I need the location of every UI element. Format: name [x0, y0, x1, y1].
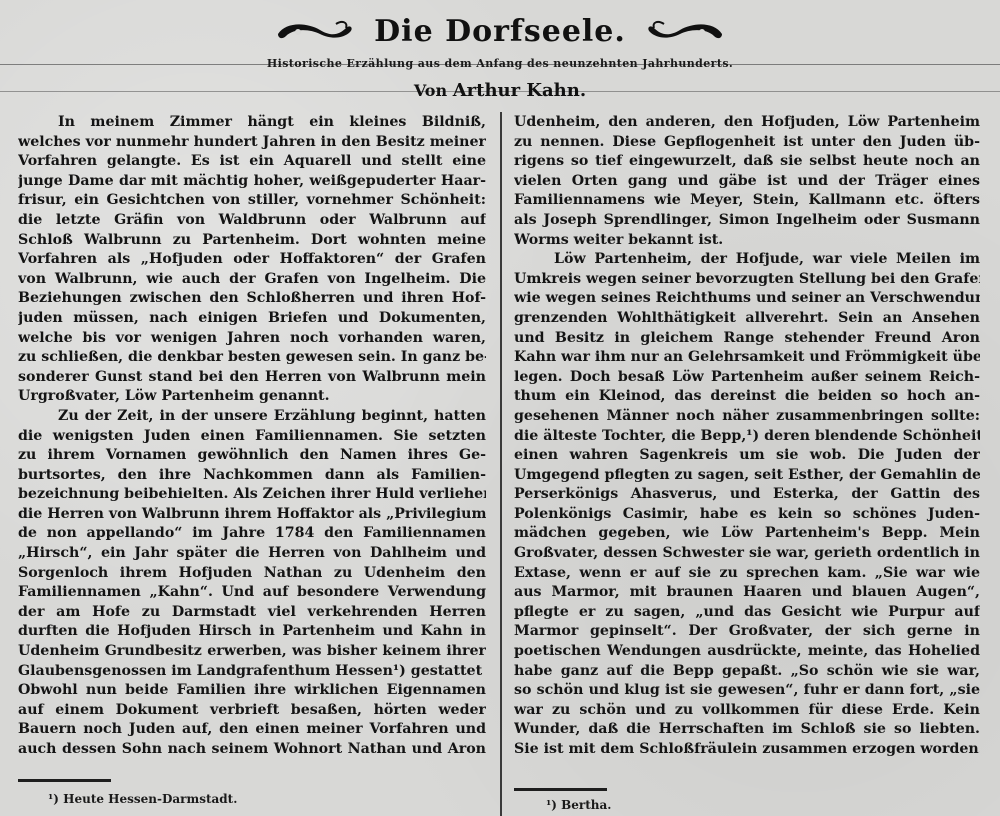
footnote-text: Heute Hessen-Darmstadt.	[63, 792, 237, 806]
footnote-marker: ¹)	[48, 792, 59, 806]
column-divider	[500, 112, 502, 816]
newspaper-page: Die Dorfseele. Historische Erzählung aus…	[0, 0, 1000, 816]
left-column: In meinem Zimmer hängt ein kleines Bildn…	[18, 113, 486, 760]
text-line: auf einem Dokument verbrieft besaßen, hö…	[18, 701, 486, 721]
author-name: Arthur Kahn.	[453, 80, 586, 101]
text-line: die Herren von Walbrunn ihrem Hoffaktor …	[18, 505, 486, 525]
byline-prefix: Von	[414, 81, 447, 100]
text-line: burtsortes, den ihre Nachkommen dann als…	[18, 466, 486, 486]
text-line: habe ganz auf die Bepp gepaßt. „So schön…	[514, 662, 980, 682]
text-line: rigens so tief eingewurzelt, daß sie sel…	[514, 152, 980, 172]
text-line: Urgroßvater, Löw Partenheim genannt.	[18, 387, 486, 407]
ornament-left-icon	[276, 20, 356, 42]
text-line: gesehenen Männer noch näher zusammenbrin…	[514, 407, 980, 427]
text-line: Umgegend pflegten zu sagen, seit Esther,…	[514, 466, 980, 486]
footnote-rule-right	[514, 788, 607, 791]
text-line: Wunder, daß die Herrschaften im Schloß s…	[514, 720, 980, 740]
text-line: pflegte er zu sagen, „und das Gesicht wi…	[514, 603, 980, 623]
text-line: thum ein Kleinod, das dereinst die beide…	[514, 387, 980, 407]
text-line: zu ihrem Vornamen gewöhnlich den Namen i…	[18, 446, 486, 466]
article-subtitle: Historische Erzählung aus dem Anfang des…	[0, 57, 1000, 70]
text-line: de non appellando“ im Jahre 1784 den Fam…	[18, 524, 486, 544]
text-line: Glaubensgenossen im Landgrafenthum Hesse…	[18, 662, 486, 682]
text-line: Vorfahren gelangte. Es ist ein Aquarell …	[18, 152, 486, 172]
text-line: juden müssen, nach einigen Briefen und D…	[18, 309, 486, 329]
text-line: die wenigsten Juden einen Familiennamen.…	[18, 427, 486, 447]
byline: Von Arthur Kahn.	[0, 80, 1000, 101]
footnote-marker: ¹)	[546, 798, 557, 812]
text-line: und Besitz in gleichem Range stehender F…	[514, 329, 980, 349]
text-line: Zu der Zeit, in der unsere Erzählung beg…	[18, 407, 486, 427]
text-line: Obwohl nun beide Familien ihre wirkliche…	[18, 681, 486, 701]
masthead: Die Dorfseele.	[0, 10, 1000, 52]
text-line: grenzenden Wohlthätigkeit allverehrt. Se…	[514, 309, 980, 329]
footnote-rule-left	[18, 779, 111, 782]
right-column: Udenheim, den anderen, den Hofjuden, Löw…	[514, 113, 980, 760]
article-title: Die Dorfseele.	[374, 14, 626, 49]
text-line: war zu schön und zu vollkommen für diese…	[514, 701, 980, 721]
text-line: aus Marmor, mit braunen Haaren und blaue…	[514, 583, 980, 603]
text-line: Löw Partenheim, der Hofjude, war viele M…	[514, 250, 980, 270]
text-line: In meinem Zimmer hängt ein kleines Bildn…	[18, 113, 486, 133]
text-line: Großvater, dessen Schwester sie war, ger…	[514, 544, 980, 564]
text-line: Schloß Walbrunn zu Partenheim. Dort wohn…	[18, 231, 486, 251]
text-line: der am Hofe zu Darmstadt viel verkehrend…	[18, 603, 486, 623]
text-line: Familiennamen „Kahn“. Und auf besondere …	[18, 583, 486, 603]
text-line: Sorgenloch ihrem Hofjuden Nathan zu Uden…	[18, 564, 486, 584]
text-line: sonderer Gunst stand bei den Herren von …	[18, 368, 486, 388]
text-line: auch dessen Sohn nach seinem Wohnort Nat…	[18, 740, 486, 760]
text-line: welches vor nunmehr hundert Jahren in de…	[18, 133, 486, 153]
text-line: mädchen gegeben, wie Löw Partenheim's Be…	[514, 524, 980, 544]
text-line: Bauern noch Juden auf, den einen meiner …	[18, 720, 486, 740]
text-line: die letzte Gräfin von Waldbrunn oder Wal…	[18, 211, 486, 231]
text-line: Sie ist mit dem Schloßfräulein zusammen …	[514, 740, 980, 760]
text-line: poetischen Wendungen ausdrückte, meinte,…	[514, 642, 980, 662]
text-line: junge Dame dar mit mächtig hoher, weißge…	[18, 172, 486, 192]
text-line: die älteste Tochter, die Bepp,¹) deren b…	[514, 427, 980, 447]
text-line: legen. Doch besaß Löw Partenheim außer s…	[514, 368, 980, 388]
text-line: Beziehungen zwischen den Schloßherren un…	[18, 289, 486, 309]
text-line: Kahn war ihm nur an Gelehrsamkeit und Fr…	[514, 348, 980, 368]
text-line: einen wahren Sagenkreis um sie wob. Die …	[514, 446, 980, 466]
text-line: Umkreis wegen seiner bevorzugten Stellun…	[514, 270, 980, 290]
text-line: so schön und klug ist sie gewesen“, fuhr…	[514, 681, 980, 701]
text-line: zu schließen, die denkbar besten gewesen…	[18, 348, 486, 368]
text-line: frisur, ein Gesichtchen von stiller, vor…	[18, 191, 486, 211]
text-line: Polenkönigs Casimir, habe es kein so sch…	[514, 505, 980, 525]
text-line: Perserkönigs Ahasverus, und Esterka, der…	[514, 485, 980, 505]
footnote-text: Bertha.	[561, 798, 611, 812]
footnote-right: ¹) Bertha.	[546, 798, 611, 812]
ornament-right-icon	[644, 20, 724, 42]
text-line: welche bis vor wenigen Jahren noch vorha…	[18, 329, 486, 349]
text-line: von Walbrunn, wie auch der Grafen von In…	[18, 270, 486, 290]
text-line: Marmor gepinselt“. Der Großvater, der si…	[514, 622, 980, 642]
text-line: bezeichnung beibehielten. Als Zeichen ih…	[18, 485, 486, 505]
text-line: zu nennen. Diese Gepflogenheit ist unter…	[514, 133, 980, 153]
text-line: Familiennamens wie Meyer, Stein, Kallman…	[514, 191, 980, 211]
text-line: Vorfahren als „Hofjuden oder Hoffaktoren…	[18, 250, 486, 270]
text-line: Extase, wenn er auf sie zu sprechen kam.…	[514, 564, 980, 584]
text-line: wie wegen seines Reichthums und seiner a…	[514, 289, 980, 309]
text-line: vielen Orten gang und gäbe ist und der T…	[514, 172, 980, 192]
text-line: Udenheim, den anderen, den Hofjuden, Löw…	[514, 113, 980, 133]
text-line: durften die Hofjuden Hirsch in Partenhei…	[18, 622, 486, 642]
text-line: „Hirsch“, ein Jahr später die Herren von…	[18, 544, 486, 564]
text-line: Worms weiter bekannt ist.	[514, 231, 980, 251]
text-line: Udenheim Grundbesitz erwerben, was bishe…	[18, 642, 486, 662]
footnote-left: ¹) Heute Hessen-Darmstadt.	[48, 792, 237, 806]
text-line: als Joseph Sprendlinger, Simon Ingelheim…	[514, 211, 980, 231]
